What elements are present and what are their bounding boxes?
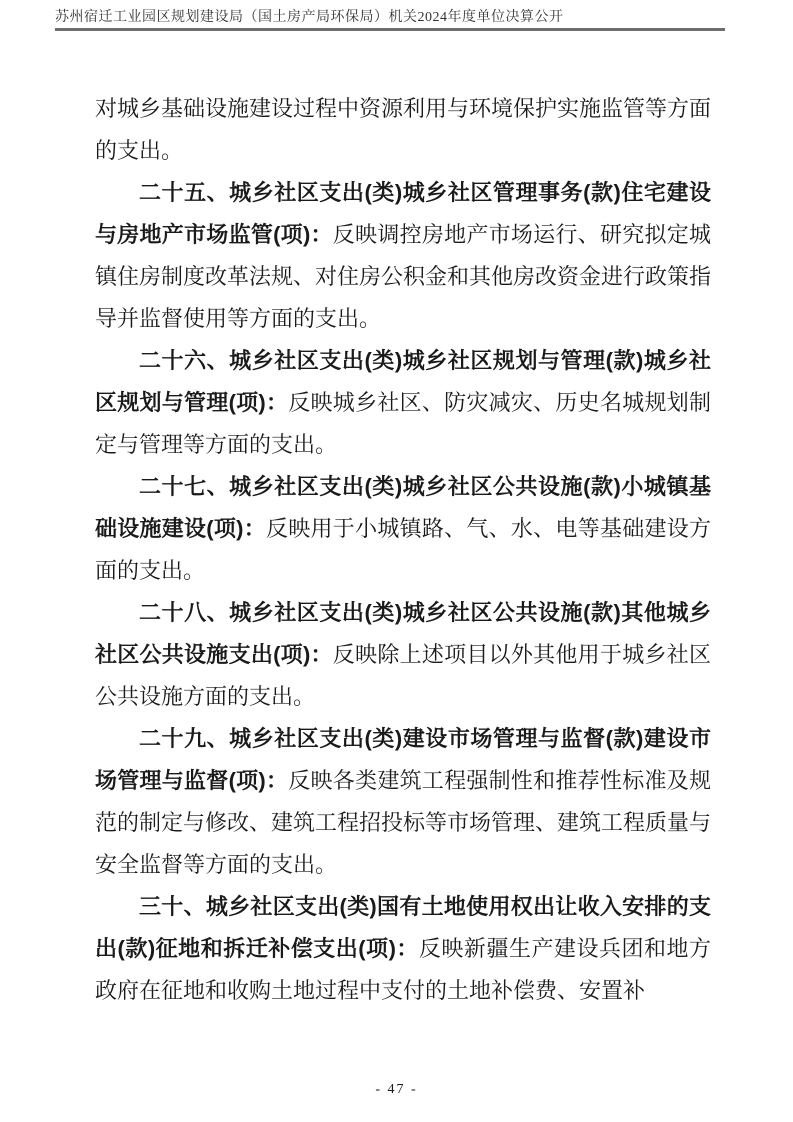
page-number: - 47 - (375, 1082, 417, 1097)
header-rule (55, 28, 725, 31)
page-header: 苏州宿迁工业园区规划建设局（国土房产局环保局）机关2024年度单位决算公开 (55, 10, 725, 31)
page-footer: - 47 - (0, 1082, 793, 1098)
paragraph-clause-29: 二十九、城乡社区支出(类)建设市场管理与监督(款)建设市场管理与监督(项)：反映… (95, 718, 711, 886)
document-body: 对城乡基础设施建设过程中资源利用与环境保护实施监管等方面的支出。 二十五、城乡社… (95, 88, 711, 1012)
paragraph-clause-28: 二十八、城乡社区支出(类)城乡社区公共设施(款)其他城乡社区公共设施支出(项)：… (95, 592, 711, 718)
paragraph-continuation: 对城乡基础设施建设过程中资源利用与环境保护实施监管等方面的支出。 (95, 88, 711, 172)
paragraph-clause-25: 二十五、城乡社区支出(类)城乡社区管理事务(款)住宅建设与房地产市场监管(项)：… (95, 172, 711, 340)
paragraph-clause-26: 二十六、城乡社区支出(类)城乡社区规划与管理(款)城乡社区规划与管理(项)：反映… (95, 340, 711, 466)
document-page: 苏州宿迁工业园区规划建设局（国土房产局环保局）机关2024年度单位决算公开 对城… (0, 0, 793, 1122)
paragraph-clause-30: 三十、城乡社区支出(类)国有土地使用权出让收入安排的支出(款)征地和拆迁补偿支出… (95, 886, 711, 1012)
header-title: 苏州宿迁工业园区规划建设局（国土房产局环保局）机关2024年度单位决算公开 (55, 10, 725, 26)
paragraph-clause-27: 二十七、城乡社区支出(类)城乡社区公共设施(款)小城镇基础设施建设(项)：反映用… (95, 466, 711, 592)
clause-body: 对城乡基础设施建设过程中资源利用与环境保护实施监管等方面的支出。 (95, 96, 711, 163)
